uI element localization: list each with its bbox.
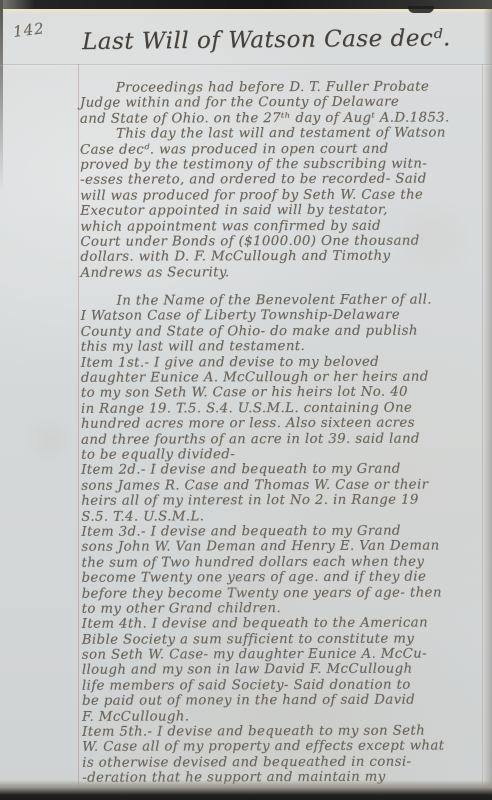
- manuscript-body: Proceedings had before D. T. Fuller Prob…: [80, 79, 486, 786]
- manuscript-line: llough and my son in law David F. McCull…: [82, 662, 486, 679]
- manuscript-line: is otherwise devised and bequeathed in c…: [82, 754, 486, 771]
- manuscript-line: proved by the testimony of the subscribi…: [80, 156, 484, 173]
- page-number: 142: [12, 19, 46, 41]
- manuscript-line: daughter Eunice A. McCullough or her hei…: [81, 369, 485, 386]
- manuscript-line: heirs all of my interest in lot No 2. in…: [81, 492, 485, 509]
- manuscript-line: be paid out of money in the hand of said…: [82, 693, 486, 710]
- manuscript-line: son Seth W. Case- my daughter Eunice A. …: [82, 646, 486, 663]
- manuscript-line: Court under Bonds of ($1000.00) One thou…: [80, 233, 484, 250]
- manuscript-line: become Twenty one years of age. and if t…: [81, 569, 485, 586]
- manuscript-line: This day the last will and testament of …: [80, 125, 484, 142]
- manuscript-line: Executor appointed in said will by testa…: [80, 202, 484, 219]
- manuscript-line: Proceedings had before D. T. Fuller Prob…: [80, 79, 484, 96]
- manuscript-line: Case decᵈ. was produced in open court an…: [80, 141, 484, 158]
- left-margin-rule: [78, 64, 79, 786]
- manuscript-line: sons John W. Van Deman and Henry E. Van …: [81, 539, 485, 556]
- manuscript-line: to my other Grand children.: [82, 600, 486, 617]
- manuscript-line: will was produced for proof by Seth W. C…: [80, 187, 484, 204]
- manuscript-line: which appointment was confirmed by said: [80, 218, 484, 235]
- header-rule: [0, 64, 492, 65]
- manuscript-line: Bible Society a sum sufficient to consti…: [82, 631, 486, 648]
- manuscript-line: hundred acres more or less. Also sixteen…: [81, 415, 485, 432]
- manuscript-line: and State of Ohio. on the 27ᵗʰ day of Au…: [80, 110, 484, 127]
- scanned-page: 142 Last Will of Watson Case decᵈ. Proce…: [0, 0, 492, 800]
- manuscript-line: and three fourths of an acre in lot 39. …: [81, 431, 485, 448]
- manuscript-line: F. McCullough.: [82, 708, 486, 725]
- manuscript-line: before they become Twenty one years of a…: [82, 585, 486, 602]
- manuscript-line: Item 4th. I devise and bequeath to the A…: [82, 616, 486, 633]
- manuscript-line: Item 5th.- I devise and bequeath to my s…: [82, 723, 486, 740]
- scan-edge-left: [0, 0, 3, 190]
- manuscript-line: W. Case all of my property and effects e…: [82, 739, 486, 756]
- document-title: Last Will of Watson Case decᵈ.: [82, 25, 482, 55]
- manuscript-line: to my son Seth W. Case or his heirs lot …: [81, 385, 485, 402]
- manuscript-line: this my last will and testament.: [81, 339, 485, 356]
- manuscript-line: County and State of Ohio- do make and pu…: [81, 323, 485, 340]
- manuscript-line: S.5. T.4. U.S.M.L.: [81, 508, 485, 525]
- manuscript-line: to be equally divided-: [81, 446, 485, 463]
- manuscript-line: Judge within and for the County of Delaw…: [80, 95, 484, 112]
- manuscript-line: sons James R. Case and Thomas W. Case or…: [81, 477, 485, 494]
- manuscript-line: Item 2d.- I devise and bequeath to my Gr…: [81, 462, 485, 479]
- manuscript-line: I Watson Case of Liberty Township-Delawa…: [81, 308, 485, 325]
- manuscript-line: Item 3d.- I devise and bequeath to my Gr…: [81, 523, 485, 540]
- manuscript-line: Item 1st.- I give and devise to my belov…: [81, 354, 485, 371]
- manuscript-line: dollars. with D. F. McCullough and Timot…: [80, 249, 484, 266]
- manuscript-line: life members of said Society- Said donat…: [82, 677, 486, 694]
- manuscript-line: in Range 19. T.5. S.4. U.S.M.L. containi…: [81, 400, 485, 417]
- manuscript-line: Andrews as Security.: [80, 264, 484, 281]
- scan-notch: [408, 6, 434, 13]
- manuscript-line: -esses thereto, and ordered to be record…: [80, 172, 484, 189]
- scan-edge-bottom: [0, 780, 492, 800]
- manuscript-line: In the Name of the Benevolent Father of …: [81, 292, 485, 309]
- manuscript-line: the sum of Two hundred dollars each when…: [81, 554, 485, 571]
